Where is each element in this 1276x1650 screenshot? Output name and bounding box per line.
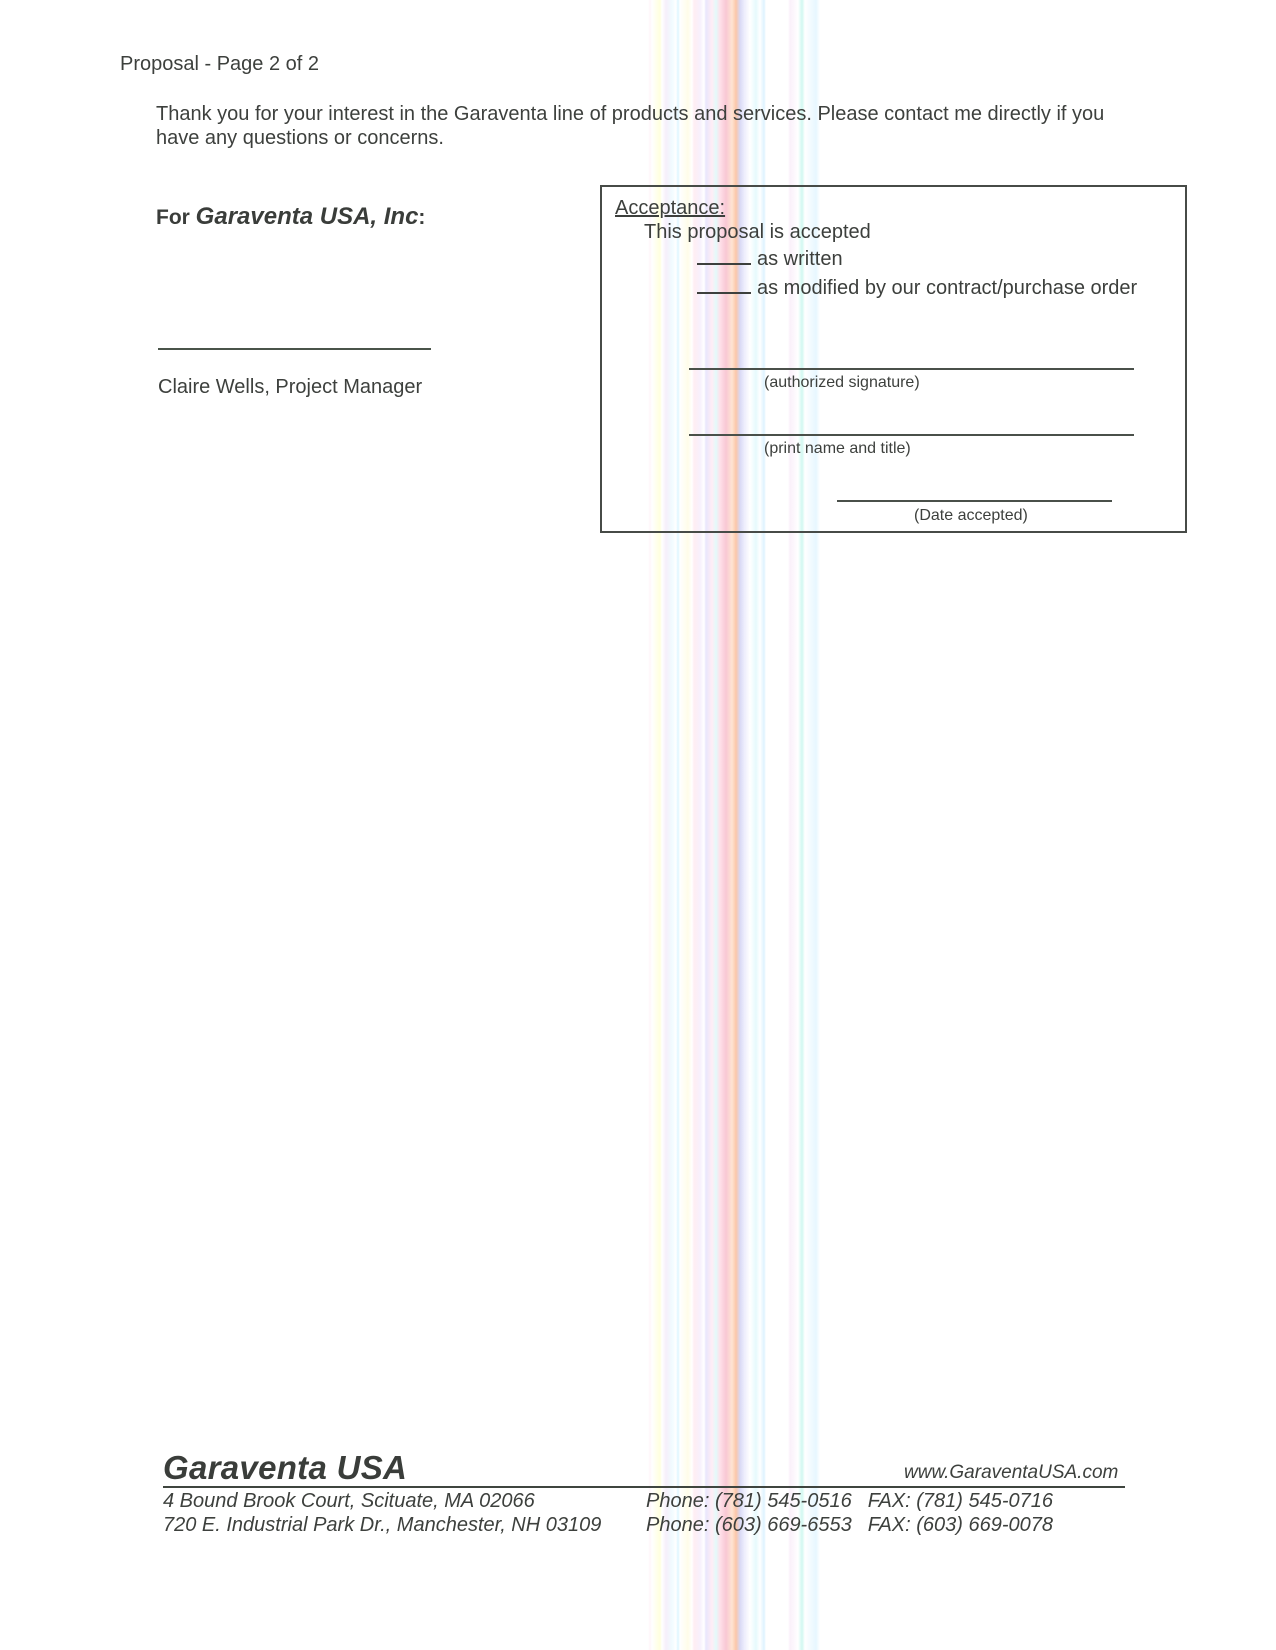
option-as-modified-label: as modified by our contract/purchase ord… — [757, 277, 1137, 300]
option-as-written-label: as written — [757, 248, 843, 271]
date-accepted-line[interactable] — [837, 500, 1112, 502]
footer-divider — [163, 1486, 1125, 1488]
authorized-signature-line[interactable] — [689, 368, 1134, 370]
contact-row-manchester: Phone: (603) 669-6553FAX: (603) 669-0078 — [646, 1513, 1053, 1537]
footer-brand: Garaventa USA — [163, 1449, 407, 1487]
authorized-signature-caption: (authorized signature) — [764, 374, 920, 392]
page-header: Proposal - Page 2 of 2 — [120, 53, 319, 76]
option-as-written: as written — [697, 247, 843, 271]
acceptance-box: Acceptance: This proposal is accepted as… — [600, 185, 1187, 533]
footer-website-link[interactable]: www.GaraventaUSA.com — [904, 1462, 1118, 1484]
company-signature-heading: For Garaventa USA, Inc: — [156, 203, 425, 231]
acceptance-label: Acceptance: — [615, 197, 725, 220]
phone-manchester: Phone: (603) 669-6553 — [646, 1514, 852, 1536]
footer-contacts: Phone: (781) 545-0516FAX: (781) 545-0716… — [646, 1489, 1053, 1537]
for-prefix: For — [156, 206, 190, 229]
office-address-manchester: 720 E. Industrial Park Dr., Manchester, … — [163, 1513, 601, 1537]
office-address-scituate: 4 Bound Brook Court, Scituate, MA 02066 — [163, 1489, 601, 1513]
print-name-title-caption: (print name and title) — [764, 440, 911, 458]
footer-addresses: 4 Bound Brook Court, Scituate, MA 02066 … — [163, 1489, 601, 1537]
company-name: Garaventa USA, Inc — [196, 203, 419, 230]
acceptance-statement: This proposal is accepted — [644, 221, 871, 244]
option-as-modified-blank[interactable] — [697, 276, 751, 294]
option-as-modified: as modified by our contract/purchase ord… — [697, 276, 1137, 300]
contact-row-scituate: Phone: (781) 545-0516FAX: (781) 545-0716 — [646, 1489, 1053, 1513]
acceptance-label-colon: : — [720, 197, 726, 219]
option-as-written-blank[interactable] — [697, 247, 751, 265]
print-name-title-line[interactable] — [689, 434, 1134, 436]
fax-manchester: FAX: (603) 669-0078 — [868, 1514, 1053, 1536]
signer-name: Claire Wells, Project Manager — [158, 376, 422, 399]
phone-scituate: Phone: (781) 545-0516 — [646, 1490, 852, 1512]
intro-paragraph: Thank you for your interest in the Garav… — [156, 102, 1136, 150]
fax-scituate: FAX: (781) 545-0716 — [868, 1490, 1053, 1512]
date-accepted-caption: (Date accepted) — [914, 507, 1028, 525]
heading-colon: : — [418, 206, 425, 229]
company-signature-line[interactable] — [158, 348, 431, 350]
acceptance-label-text: Acceptance — [615, 197, 720, 219]
